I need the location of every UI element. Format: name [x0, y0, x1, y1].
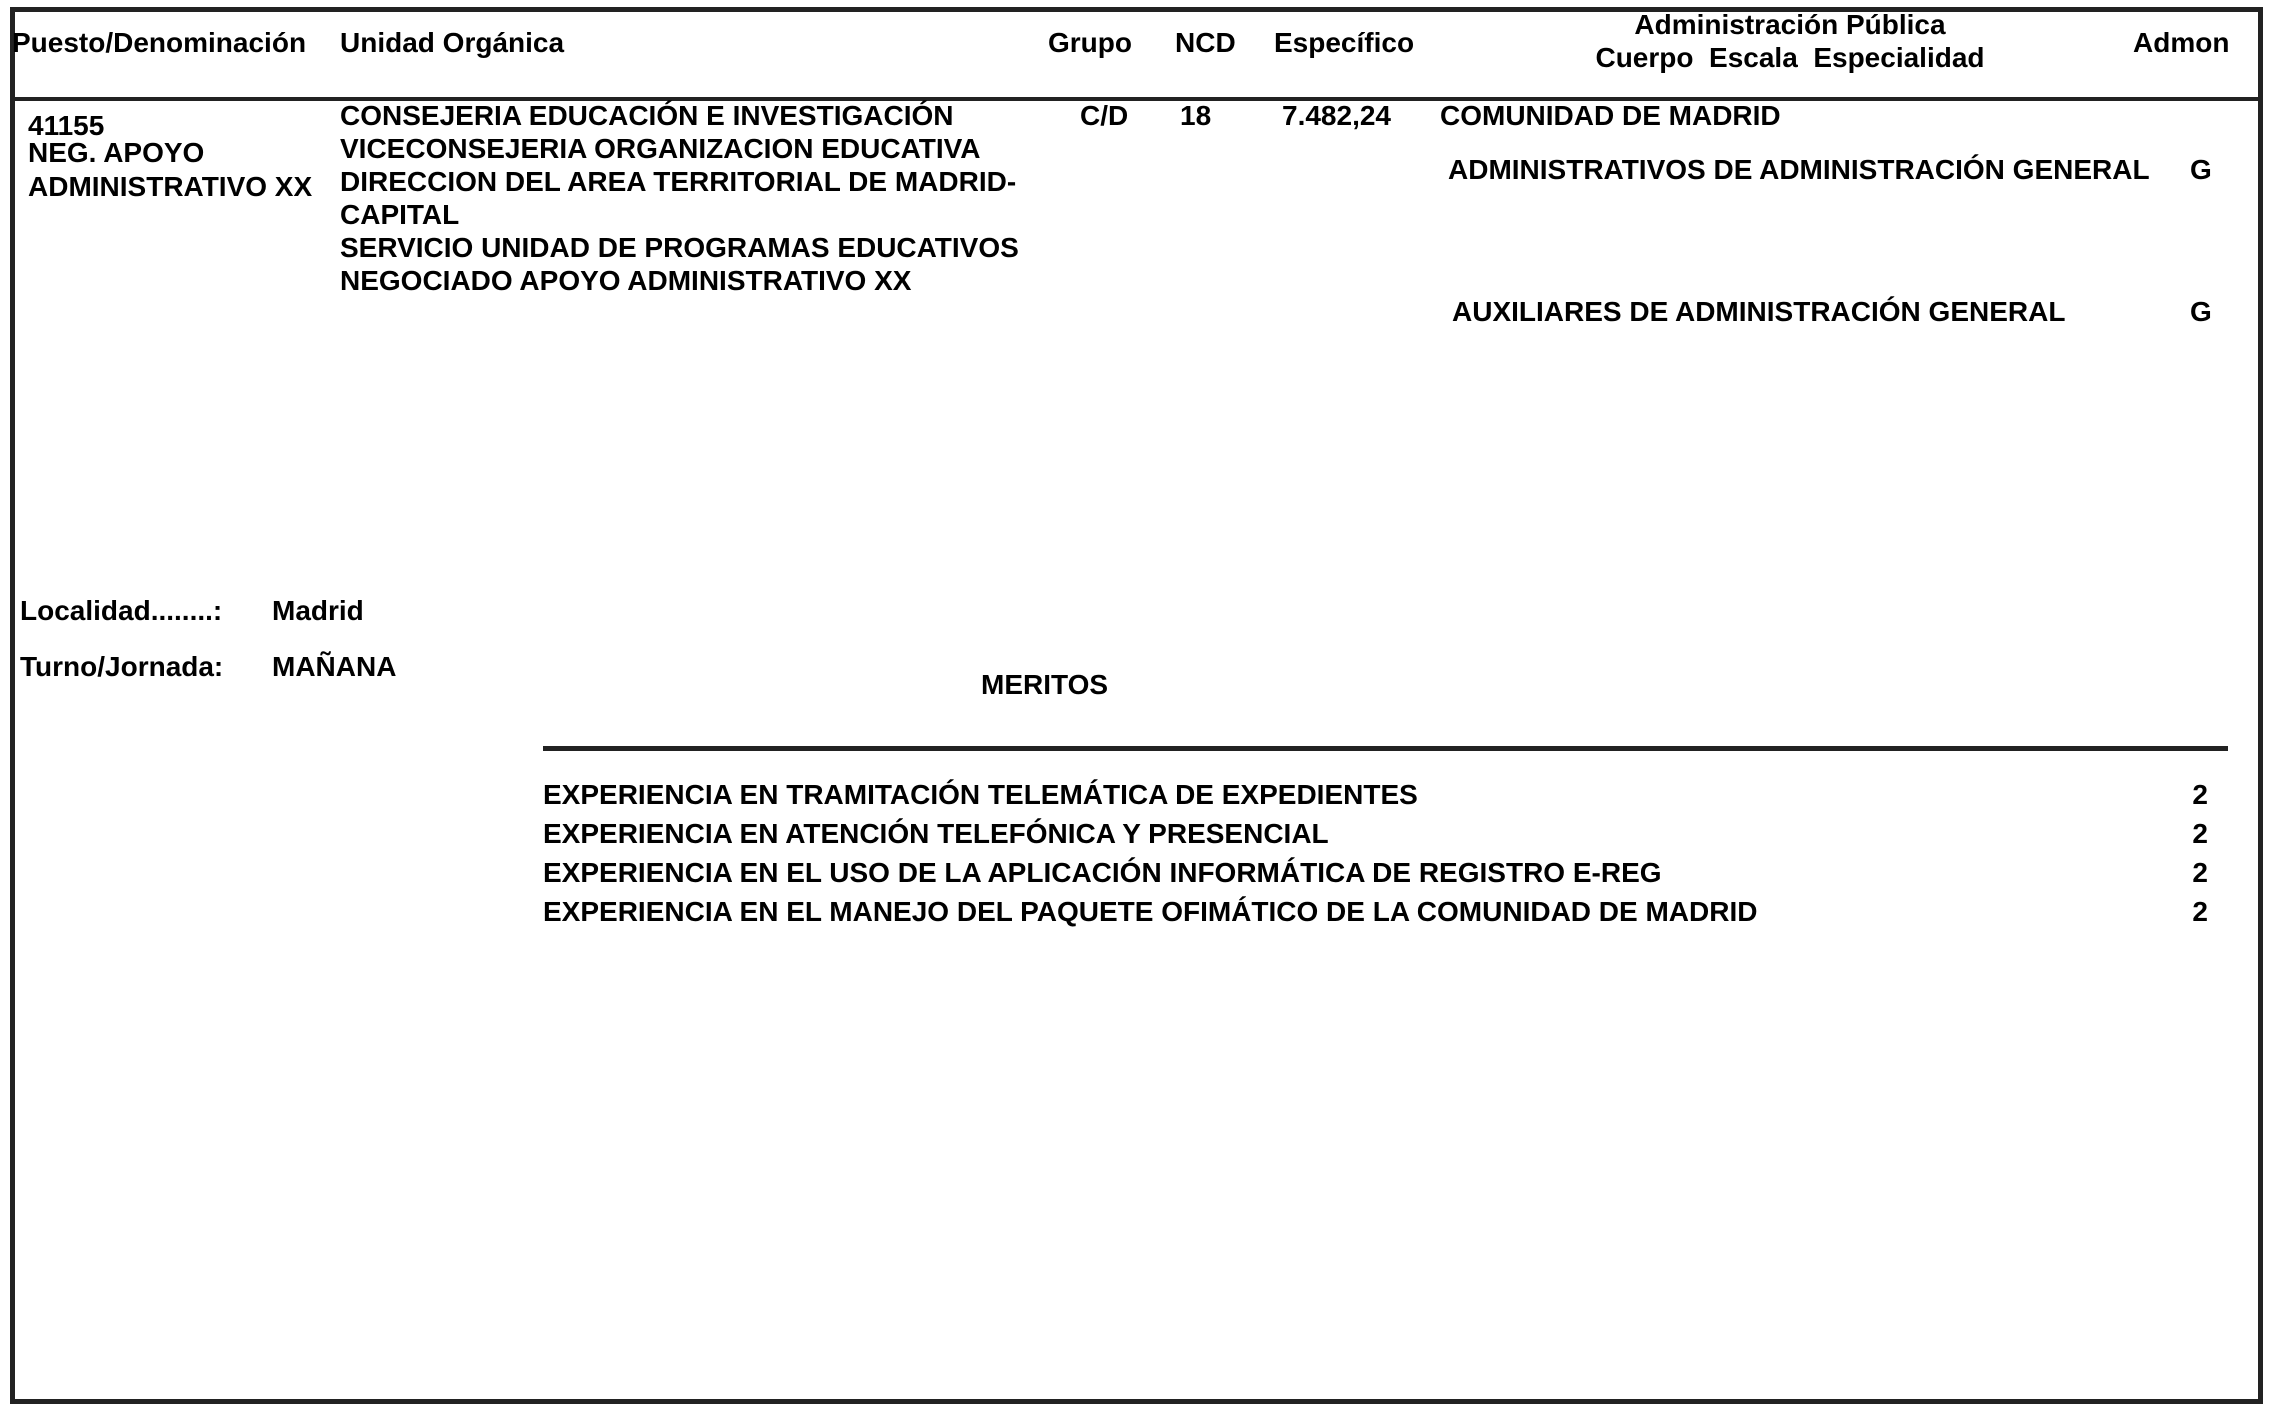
localidad-label: Localidad........:	[20, 595, 222, 627]
meritos-rule	[543, 746, 2228, 751]
unidad-organica-line: CONSEJERIA EDUCACIÓN E INVESTIGACIÓN	[340, 100, 953, 132]
header-ncd: NCD	[1175, 27, 1236, 59]
unidad-organica-line: NEGOCIADO APOYO ADMINISTRATIVO XX	[340, 265, 911, 297]
puesto-denominacion-line: ADMINISTRATIVO XX	[28, 171, 312, 203]
grupo-value: C/D	[1080, 100, 1128, 132]
unidad-organica-line: CAPITAL	[340, 199, 459, 231]
merito-points: 2	[2192, 779, 2208, 811]
header-especifico: Específico	[1274, 27, 1414, 59]
header-admon: Admon	[2133, 27, 2229, 59]
merito-item: EXPERIENCIA EN EL MANEJO DEL PAQUETE OFI…	[543, 896, 2228, 936]
administracion-value: COMUNIDAD DE MADRID	[1440, 100, 1781, 132]
localidad-value: Madrid	[272, 595, 364, 627]
ncd-value: 18	[1180, 100, 1211, 132]
merito-item: EXPERIENCIA EN EL USO DE LA APLICACIÓN I…	[543, 857, 2228, 897]
cuerpo-admon: G	[2190, 296, 2212, 328]
merito-text: EXPERIENCIA EN ATENCIÓN TELEFÓNICA Y PRE…	[543, 818, 1329, 850]
header-grupo: Grupo	[1048, 27, 1132, 59]
merito-item: EXPERIENCIA EN ATENCIÓN TELEFÓNICA Y PRE…	[543, 818, 2228, 858]
merito-points: 2	[2192, 857, 2208, 889]
merito-item: EXPERIENCIA EN TRAMITACIÓN TELEMÁTICA DE…	[543, 779, 2228, 819]
unidad-organica-line: DIRECCION DEL AREA TERRITORIAL DE MADRID…	[340, 166, 1016, 198]
merito-points: 2	[2192, 818, 2208, 850]
unidad-organica-line: VICECONSEJERIA ORGANIZACION EDUCATIVA	[340, 133, 980, 165]
header-puesto: Puesto/Denominación	[12, 27, 306, 59]
header-cuerpo-escala: Cuerpo Escala Especialidad	[1540, 42, 2040, 74]
header-administracion-publica: Administración Pública	[1540, 9, 2040, 41]
meritos-title: MERITOS	[981, 669, 1108, 701]
header-unidad-organica: Unidad Orgánica	[340, 27, 564, 59]
puesto-denominacion-line: NEG. APOYO	[28, 137, 204, 169]
especifico-value: 7.482,24	[1282, 100, 1391, 132]
cuerpo-admon: G	[2190, 154, 2212, 186]
merito-points: 2	[2192, 896, 2208, 928]
turno-label: Turno/Jornada:	[20, 651, 223, 683]
merito-text: EXPERIENCIA EN EL MANEJO DEL PAQUETE OFI…	[543, 896, 1757, 928]
cuerpo-name: ADMINISTRATIVOS DE ADMINISTRACIÓN GENERA…	[1448, 154, 2150, 186]
unidad-organica-line: SERVICIO UNIDAD DE PROGRAMAS EDUCATIVOS	[340, 232, 1019, 264]
merito-text: EXPERIENCIA EN TRAMITACIÓN TELEMÁTICA DE…	[543, 779, 1418, 811]
cuerpo-name: AUXILIARES DE ADMINISTRACIÓN GENERAL	[1452, 296, 2065, 328]
turno-value: MAÑANA	[272, 651, 396, 683]
merito-text: EXPERIENCIA EN EL USO DE LA APLICACIÓN I…	[543, 857, 1662, 889]
